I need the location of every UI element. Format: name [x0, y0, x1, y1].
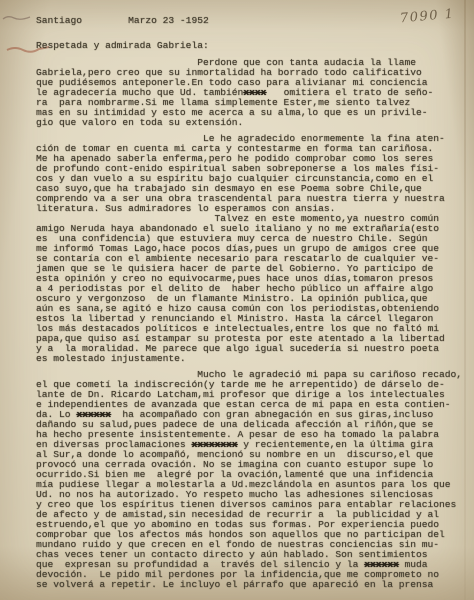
letter-paragraph-3: Talvez en este momento,ya nuestro comúna…	[36, 214, 445, 364]
typewritten-line: es molestado injustamente.	[36, 354, 445, 364]
letter-paragraph-1: Perdone que con tanta audacia la llameGa…	[36, 58, 433, 128]
scanned-typewritten-letter-page: 7090 1 Santiago Marzo 23 -1952 Respetada…	[0, 0, 474, 600]
typewritten-line: se volverá a repetir. Le incluyo el párr…	[36, 580, 462, 590]
paper-edge-crease	[464, 0, 466, 600]
salutation-line: Respetada y admirada Gabriela:	[36, 41, 209, 51]
place-date-line: Santiago Marzo 23 -1952	[36, 16, 209, 26]
letter-paragraph-4: Mucho le agradeció mi papa su cariñoso r…	[36, 370, 462, 590]
letter-paragraph-2: Le he agradecido enormemente la fina ate…	[36, 134, 445, 214]
margin-pencil-mark	[2, 13, 32, 23]
typewritten-line: gio que valoro en toda su extensión.	[36, 118, 433, 128]
archive-number-handwritten: 7090 1	[399, 7, 455, 27]
